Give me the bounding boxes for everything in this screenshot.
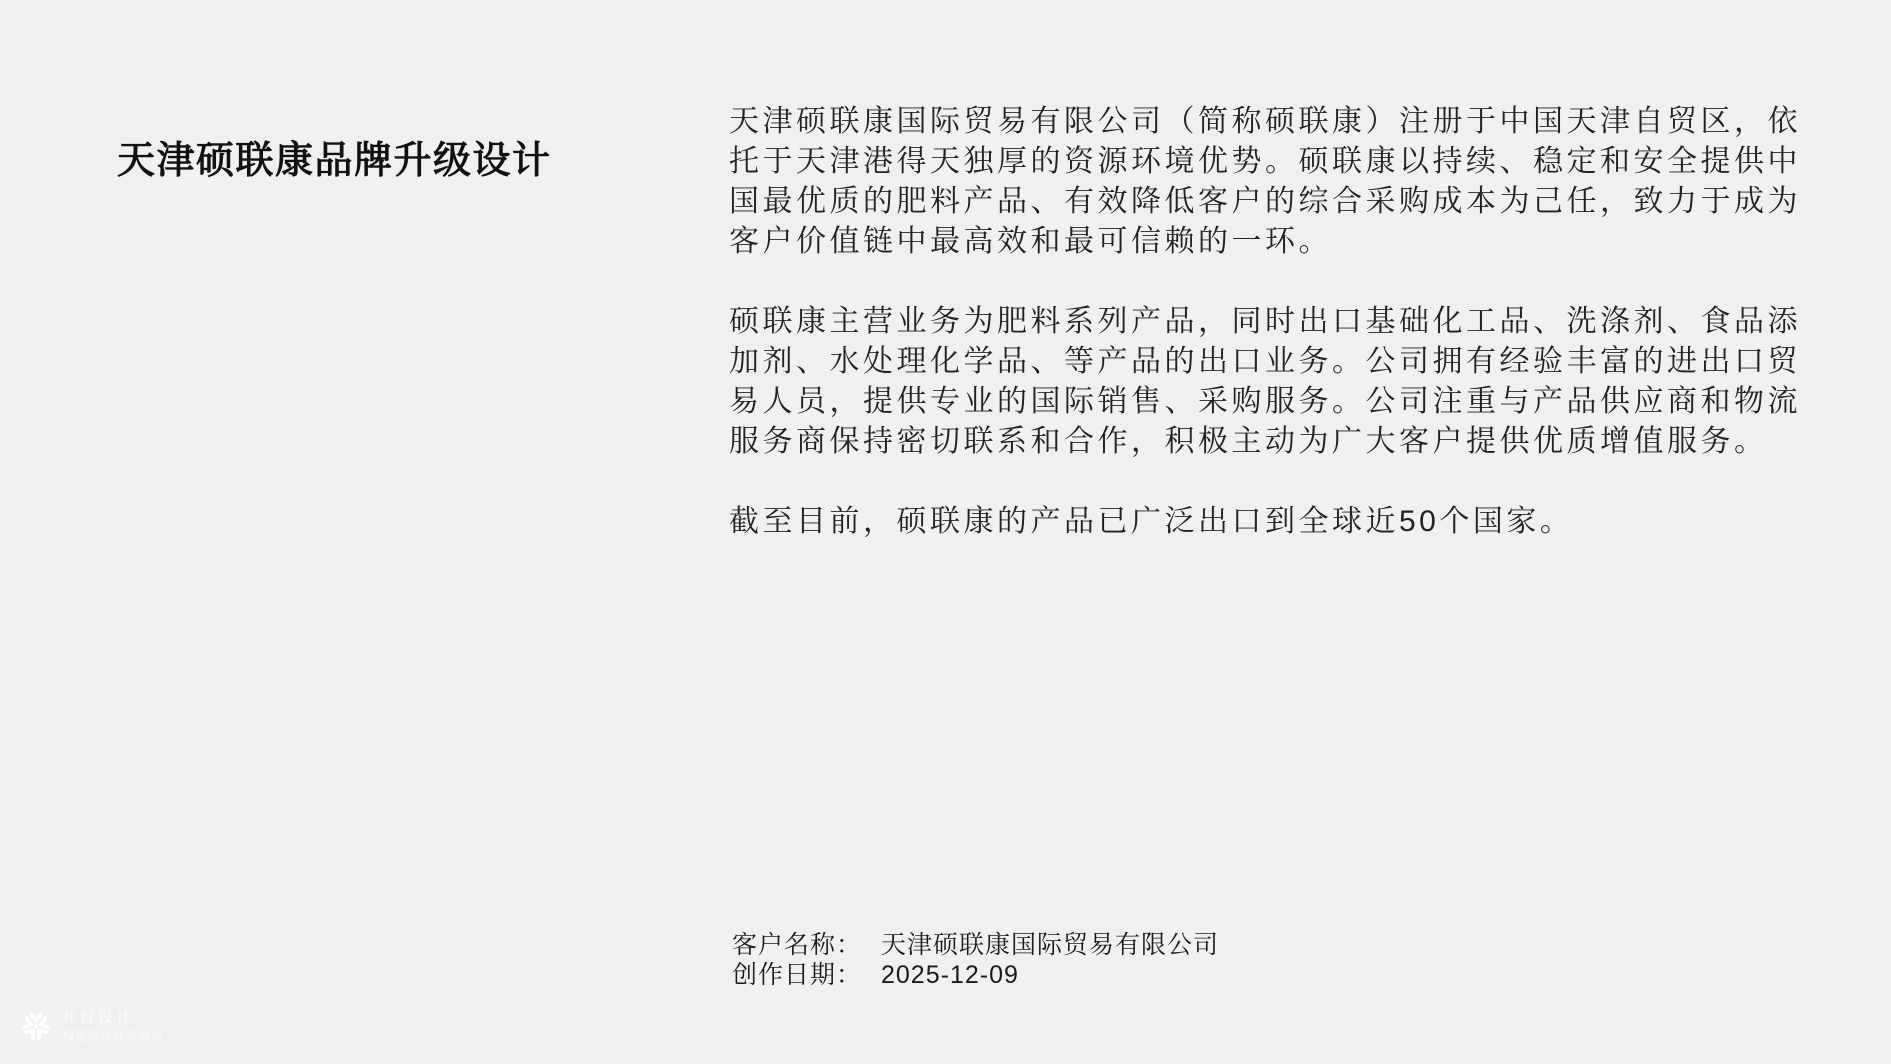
client-name-row: 客户名称： 天津硕联康国际贸易有限公司 — [732, 930, 1219, 960]
paragraph-line: 加剂、水处理化学品、等产品的出口业务。公司拥有经验丰富的进出口贸 — [729, 342, 1814, 382]
intro-paragraph: 天津硕联康国际贸易有限公司（简称硕联康）注册于中国天津自贸区，依 托于天津港得天… — [729, 102, 1814, 262]
plum-blossom-icon — [20, 1010, 52, 1042]
creation-date-label: 创作日期： — [732, 960, 881, 990]
paragraph-line: 天津硕联康国际贸易有限公司（简称硕联康）注册于中国天津自贸区，依 — [729, 102, 1814, 142]
business-paragraph: 硕联康主营业务为肥料系列产品，同时出口基础化工品、洗涤剂、食品添 加剂、水处理化… — [729, 302, 1814, 462]
watermark-text: 并行设计 梅花网作品库收录 — [62, 1010, 164, 1042]
watermark-studio-name: 并行设计 — [62, 1010, 164, 1025]
project-meta: 客户名称： 天津硕联康国际贸易有限公司 创作日期： 2025-12-09 — [732, 930, 1219, 990]
page-title: 天津硕联康品牌升级设计 — [117, 139, 552, 183]
creation-date-row: 创作日期： 2025-12-09 — [732, 960, 1219, 990]
paragraph-line: 硕联康主营业务为肥料系列产品，同时出口基础化工品、洗涤剂、食品添 — [729, 302, 1814, 342]
export-paragraph: 截至目前，硕联康的产品已广泛出口到全球近50个国家。 — [729, 502, 1814, 542]
paragraph-line: 客户价值链中最高效和最可信赖的一环。 — [729, 222, 1814, 262]
paragraph-line: 服务商保持密切联系和合作，积极主动为广大客户提供优质增值服务。 — [729, 422, 1814, 462]
meihua-watermark: 并行设计 梅花网作品库收录 — [20, 1010, 164, 1042]
creation-date-value: 2025-12-09 — [881, 960, 1019, 990]
paragraph-line: 托于天津港得天独厚的资源环境优势。硕联康以持续、稳定和安全提供中 — [729, 142, 1814, 182]
client-name-label: 客户名称： — [732, 930, 881, 960]
paragraph-line: 国最优质的肥料产品、有效降低客户的综合采购成本为己任，致力于成为 — [729, 182, 1814, 222]
paragraph-line: 截至目前，硕联康的产品已广泛出口到全球近50个国家。 — [729, 502, 1814, 542]
slide-page: 天津硕联康品牌升级设计 天津硕联康国际贸易有限公司（简称硕联康）注册于中国天津自… — [0, 0, 1891, 1064]
paragraph-line: 易人员，提供专业的国际销售、采购服务。公司注重与产品供应商和物流 — [729, 382, 1814, 422]
watermark-collection-note: 梅花网作品库收录 — [62, 1030, 164, 1042]
body-text-column: 天津硕联康国际贸易有限公司（简称硕联康）注册于中国天津自贸区，依 托于天津港得天… — [729, 102, 1814, 542]
client-name-value: 天津硕联康国际贸易有限公司 — [881, 930, 1219, 960]
